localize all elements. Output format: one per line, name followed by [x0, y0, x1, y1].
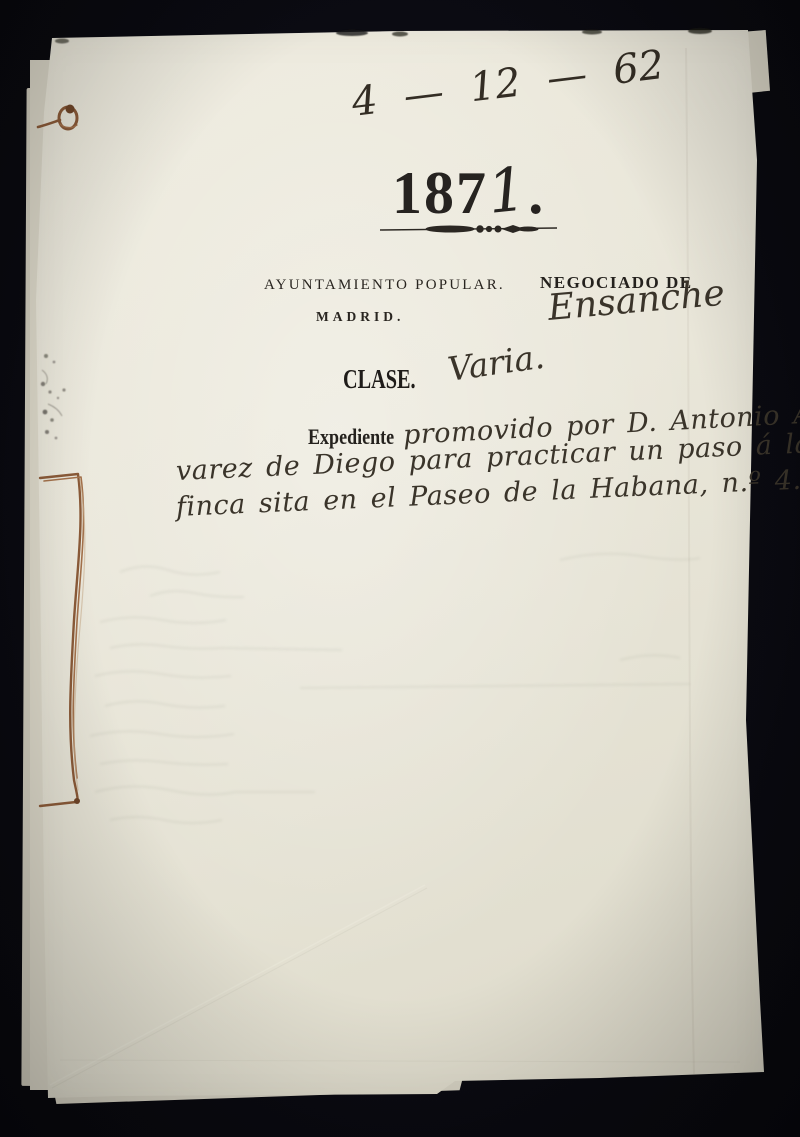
- institution-city: MADRID.: [316, 309, 404, 325]
- year: 1871.: [392, 158, 545, 228]
- institution-name: AYUNTAMIENTO POPULAR.: [264, 277, 505, 294]
- year-printed-digits: 187: [392, 160, 488, 226]
- year-handwritten-digit: 1: [484, 154, 531, 228]
- archival-photo: 4 — 12 — 62 1871. AYUNTAMIENTO POPULAR. …: [0, 0, 800, 1137]
- clase-label: CLASE.: [343, 364, 416, 395]
